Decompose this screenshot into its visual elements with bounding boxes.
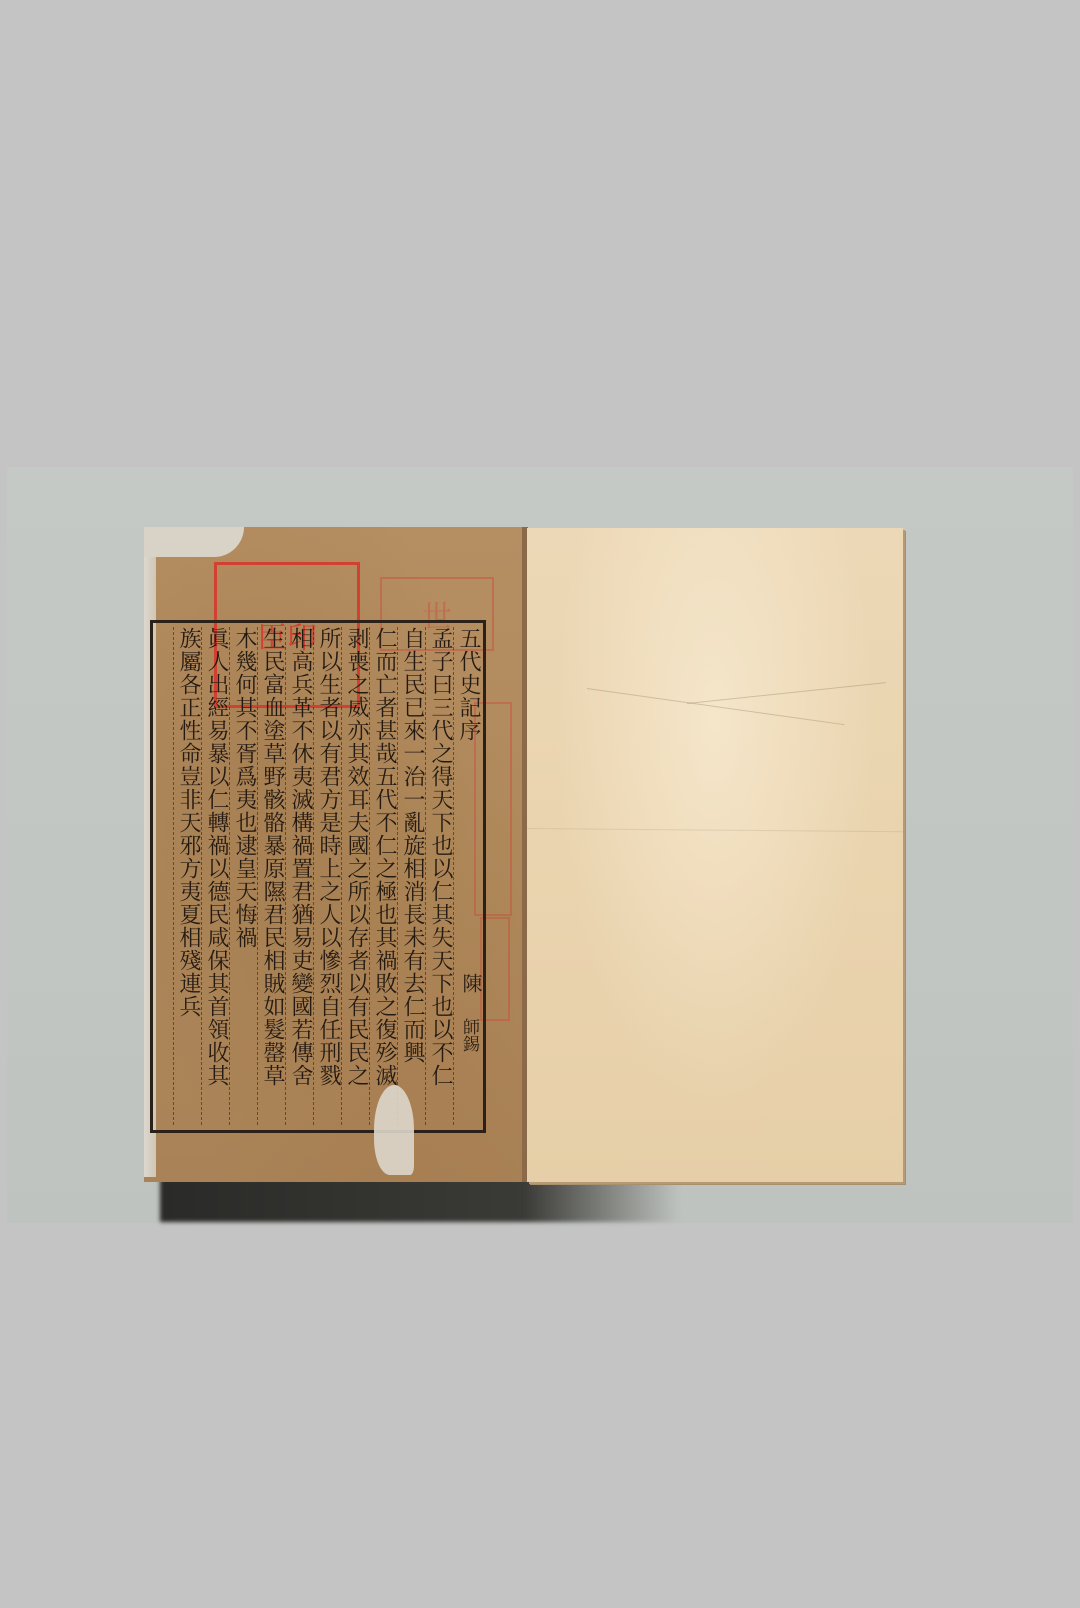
torn-corner <box>144 527 244 557</box>
author-surname: 陳 <box>457 973 486 993</box>
text-column: 剥喪之威亦其效耳夫國之所以存者以有民民之 <box>341 627 370 1125</box>
book-title: 五代史記序 <box>456 627 481 742</box>
book-shadow <box>160 1178 680 1222</box>
paper-crease <box>527 828 903 832</box>
right-page-blank <box>527 528 903 1182</box>
text-column: 眞人出經易暴以仁轉禍以德民咸保其首領收其 <box>201 627 230 1125</box>
text-column: 木幾何其不胥爲夷也逮皇天悔禍 <box>229 627 258 1125</box>
left-page: 臣印 世 五代史記序 陳 師錫 孟子曰三代之得天下也以仁其失天下也以不仁 自生民… <box>144 527 524 1182</box>
text-column: 所以生者以有君方是時上之人以慘烈自任刑戮 <box>313 627 342 1125</box>
text-frame: 五代史記序 陳 師錫 孟子曰三代之得天下也以仁其失天下也以不仁 自生民已來一治一… <box>150 620 486 1133</box>
paper-damage <box>374 1085 414 1175</box>
paper-crease <box>687 682 886 704</box>
text-column: 族屬各正性命豈非天邪方夷夏相殘連兵 <box>173 627 202 1125</box>
author-given-name: 師錫 <box>457 1018 482 1052</box>
text-column: 相高兵革不休夷滅構禍置君猶易吏變國若傳舍 <box>285 627 314 1125</box>
text-column: 生民富血塗草野骸骼暴原隰君民相賊如髮罄草 <box>257 627 286 1125</box>
paper-crease <box>587 688 845 725</box>
text-column: 自生民已來一治一亂旋相消長未有去仁而興 <box>397 627 426 1125</box>
text-column: 孟子曰三代之得天下也以仁其失天下也以不仁 <box>425 627 454 1125</box>
text-column: 仁而亡者甚哉五代不仁之極也其禍敗之復殄滅 <box>369 627 398 1125</box>
